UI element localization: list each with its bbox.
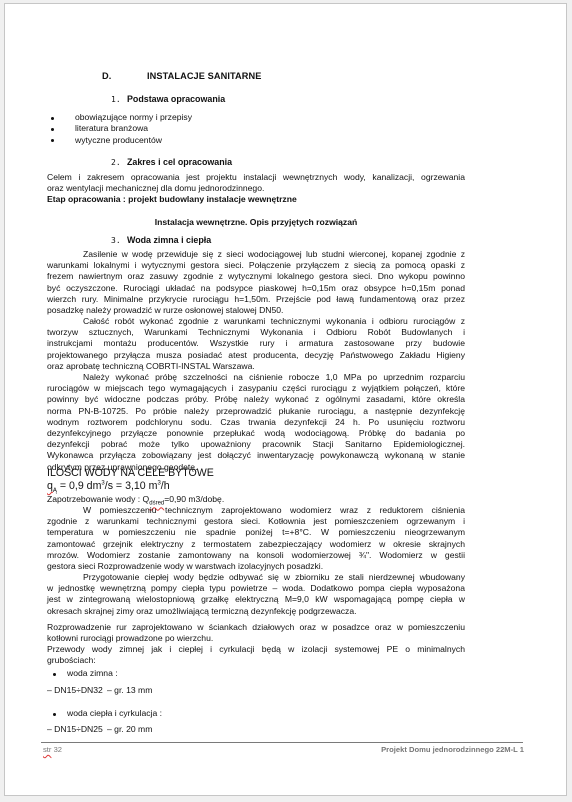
- stage-text: Etap opracowania : projekt budowlany ins…: [47, 194, 465, 205]
- insulation-hot-label: woda ciepła i cyrkulacja :: [67, 708, 162, 719]
- footer-page-number: str 32: [43, 745, 62, 754]
- section-letter: D.: [47, 71, 147, 82]
- paragraph-water-meter: W pomieszczeniu technicznym zaprojektowa…: [47, 505, 465, 572]
- paragraph-supply: Zasilenie w wodę przewiduje się z sieci …: [47, 249, 465, 316]
- document-page: D.INSTALACJE SANITARNE 1.Podstawa opraco…: [4, 3, 567, 796]
- paragraph-tests: Należy wykonać próbę szczelności na ciśn…: [47, 372, 465, 473]
- insulation-cold-range: – DN15÷DN32: [47, 685, 103, 696]
- scope-paragraph: Celem i zakresem opracowania jest projek…: [47, 172, 465, 206]
- paragraph-pipe-routing: Rozprowadzenie rur zaprojektowano w ścia…: [47, 622, 465, 644]
- water-demand: Zapotrzebowanie wody : Qdśred=0,90 m3/do…: [47, 494, 224, 505]
- insulation-cold-thickness: – gr. 13 mm: [107, 685, 152, 696]
- insulation-cold-label: woda zimna :: [67, 668, 118, 679]
- paragraph-insulation: Przewody wody zimnej jak i ciepłej i cyr…: [47, 644, 465, 666]
- paragraph-hot-water: Przygotowanie ciepłej wody będzie odbywa…: [47, 572, 465, 617]
- section-heading: D.INSTALACJE SANITARNE: [47, 71, 261, 82]
- heading-woda: 3.Woda zimna i ciepła: [111, 235, 211, 246]
- flow-formula: qĄ = 0,9 dm3/s = 3,10 m3/h: [47, 481, 170, 492]
- heading-podstawa: 1.Podstawa opracowania: [111, 94, 225, 105]
- water-quantity-heading: ILOŚCI WODY NA CELE BYTOWE: [47, 468, 214, 479]
- section-title: INSTALACJE SANITARNE: [147, 71, 261, 81]
- footer-rule: [41, 742, 523, 743]
- basis-list: obowiązujące normy i przepisy literatura…: [47, 112, 192, 146]
- list-item: wytyczne producentów: [47, 135, 192, 146]
- insulation-hot-thickness: – gr. 20 mm: [107, 724, 152, 735]
- heading-zakres: 2.Zakres i cel opracowania: [111, 157, 232, 168]
- list-item: obowiązujące normy i przepisy: [47, 112, 192, 123]
- paragraph-works: Całość robót wykonać zgodnie z warunkami…: [47, 316, 465, 372]
- footer-title: Projekt Domu jednorodzinnego 22M-L 1: [381, 745, 524, 754]
- subheading: Instalacja wewnętrzne. Opis przyjętych r…: [47, 217, 465, 228]
- list-item: literatura branżowa: [47, 123, 192, 134]
- insulation-hot-range: – DN15÷DN25: [47, 724, 103, 735]
